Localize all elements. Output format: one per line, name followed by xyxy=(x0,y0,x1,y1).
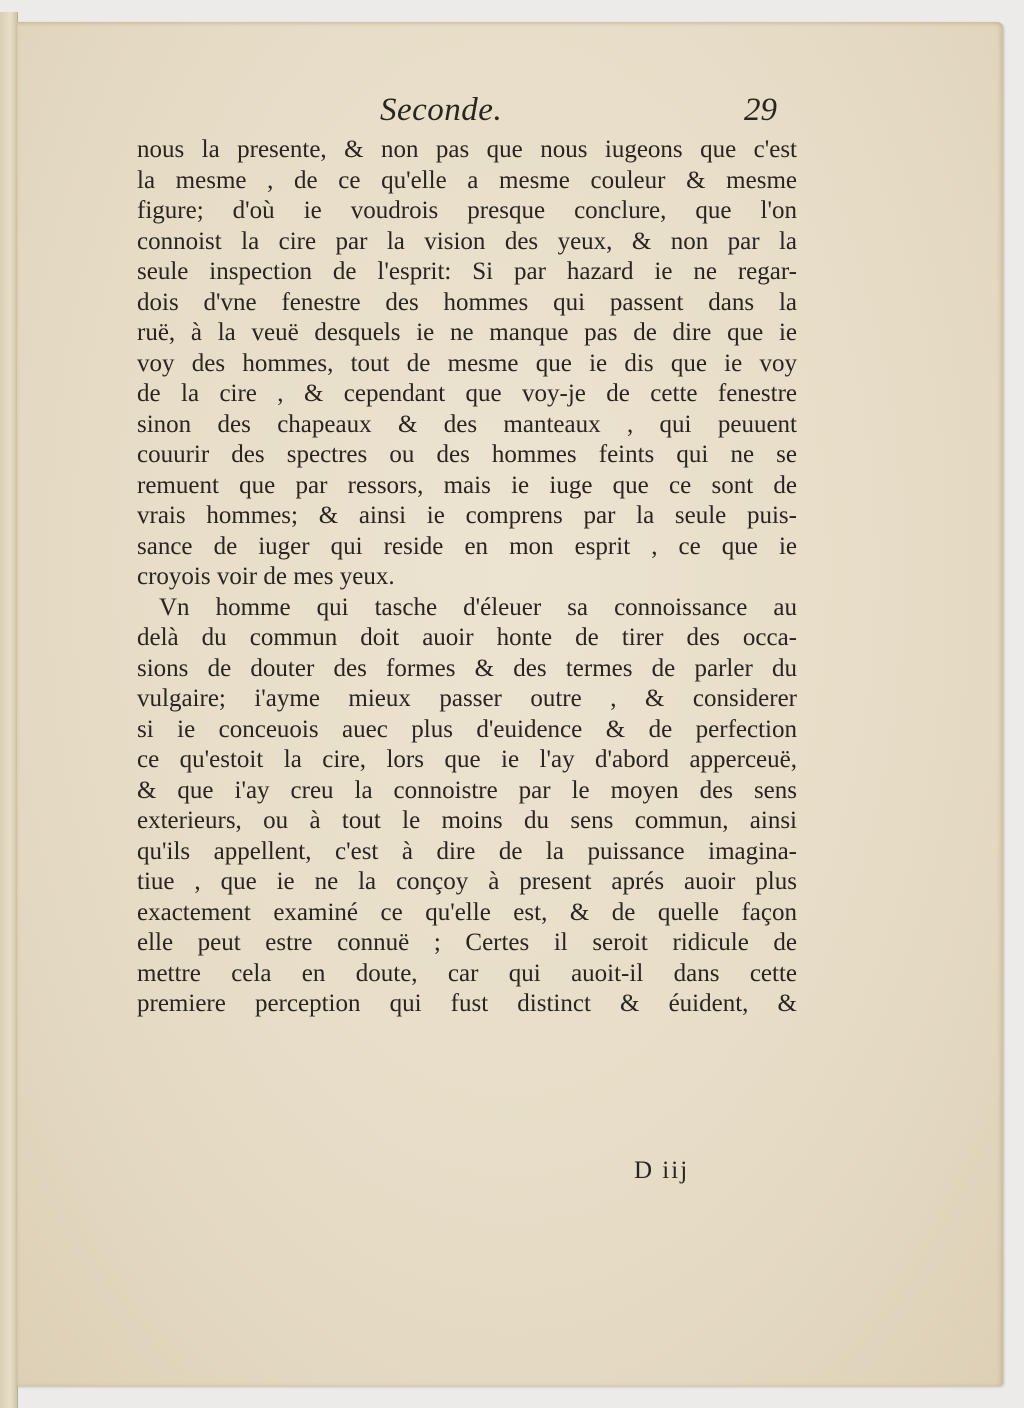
text-line: elle peut estre connuë ; Certes il seroi… xyxy=(137,928,797,959)
text-line: qu'ils appellent, c'est à dire de la pui… xyxy=(137,837,797,868)
text-line: vrais hommes; & ainsi ie comprens par la… xyxy=(137,501,797,532)
text-line: figure; d'où ie voudrois presque conclur… xyxy=(137,196,797,227)
text-line: premiere perception qui fust distinct & … xyxy=(137,989,797,1020)
text-line: vulgaire; i'ayme mieux passer outre , & … xyxy=(137,684,797,715)
text-line: si ie conceuois auec plus d'euidence & d… xyxy=(137,715,797,746)
text-line: nous la presente, & non pas que nous iug… xyxy=(137,135,797,166)
signature-mark: D iij xyxy=(634,1157,689,1185)
text-line: voy des hommes, tout de mesme que ie dis… xyxy=(137,349,797,380)
text-line: de la cire , & cependant que voy-je de c… xyxy=(137,379,797,410)
text-line: remuent que par ressors, mais ie iuge qu… xyxy=(137,471,797,502)
body-text: nous la presente, & non pas que nous iug… xyxy=(137,135,797,1020)
text-line: delà du commun doit auoir honte de tirer… xyxy=(137,623,797,654)
paragraph-start-line: Vn homme qui tasche d'éleuer sa connoiss… xyxy=(137,593,797,624)
text-line: mettre cela en doute, car qui auoit-il d… xyxy=(137,959,797,990)
text-line: sinon des chapeaux & des manteaux , qui … xyxy=(137,410,797,441)
text-line: couurir des spectres ou des hommes feint… xyxy=(137,440,797,471)
text-line: ce qu'estoit la cire, lors que ie l'ay d… xyxy=(137,745,797,776)
text-line: seule inspection de l'esprit: Si par haz… xyxy=(137,257,797,288)
book-page: Seconde. 29 nous la presente, & non pas … xyxy=(17,22,1003,1386)
text-line: dois d'vne fenestre des hommes qui passe… xyxy=(137,288,797,319)
text-line: & que i'ay creu la connoistre par le moy… xyxy=(137,776,797,807)
running-head: Seconde. xyxy=(380,92,502,129)
text-line: la mesme , de ce qu'elle a mesme couleur… xyxy=(137,166,797,197)
text-line: ruë, à la veuë desquels ie ne manque pas… xyxy=(137,318,797,349)
text-line: sions de douter des formes & des termes … xyxy=(137,654,797,685)
text-line: exterieurs, ou à tout le moins du sens c… xyxy=(137,806,797,837)
paragraph-end-line: croyois voir de mes yeux. xyxy=(137,562,797,593)
text-line: sance de iuger qui reside en mon esprit … xyxy=(137,532,797,563)
text-line: connoist la cire par la vision des yeux,… xyxy=(137,227,797,258)
text-line: tiue , que ie ne la conçoy à present apr… xyxy=(137,867,797,898)
text-line: exactement examiné ce qu'elle est, & de … xyxy=(137,898,797,929)
facing-page-edge xyxy=(0,12,18,1408)
page-number: 29 xyxy=(744,92,777,129)
